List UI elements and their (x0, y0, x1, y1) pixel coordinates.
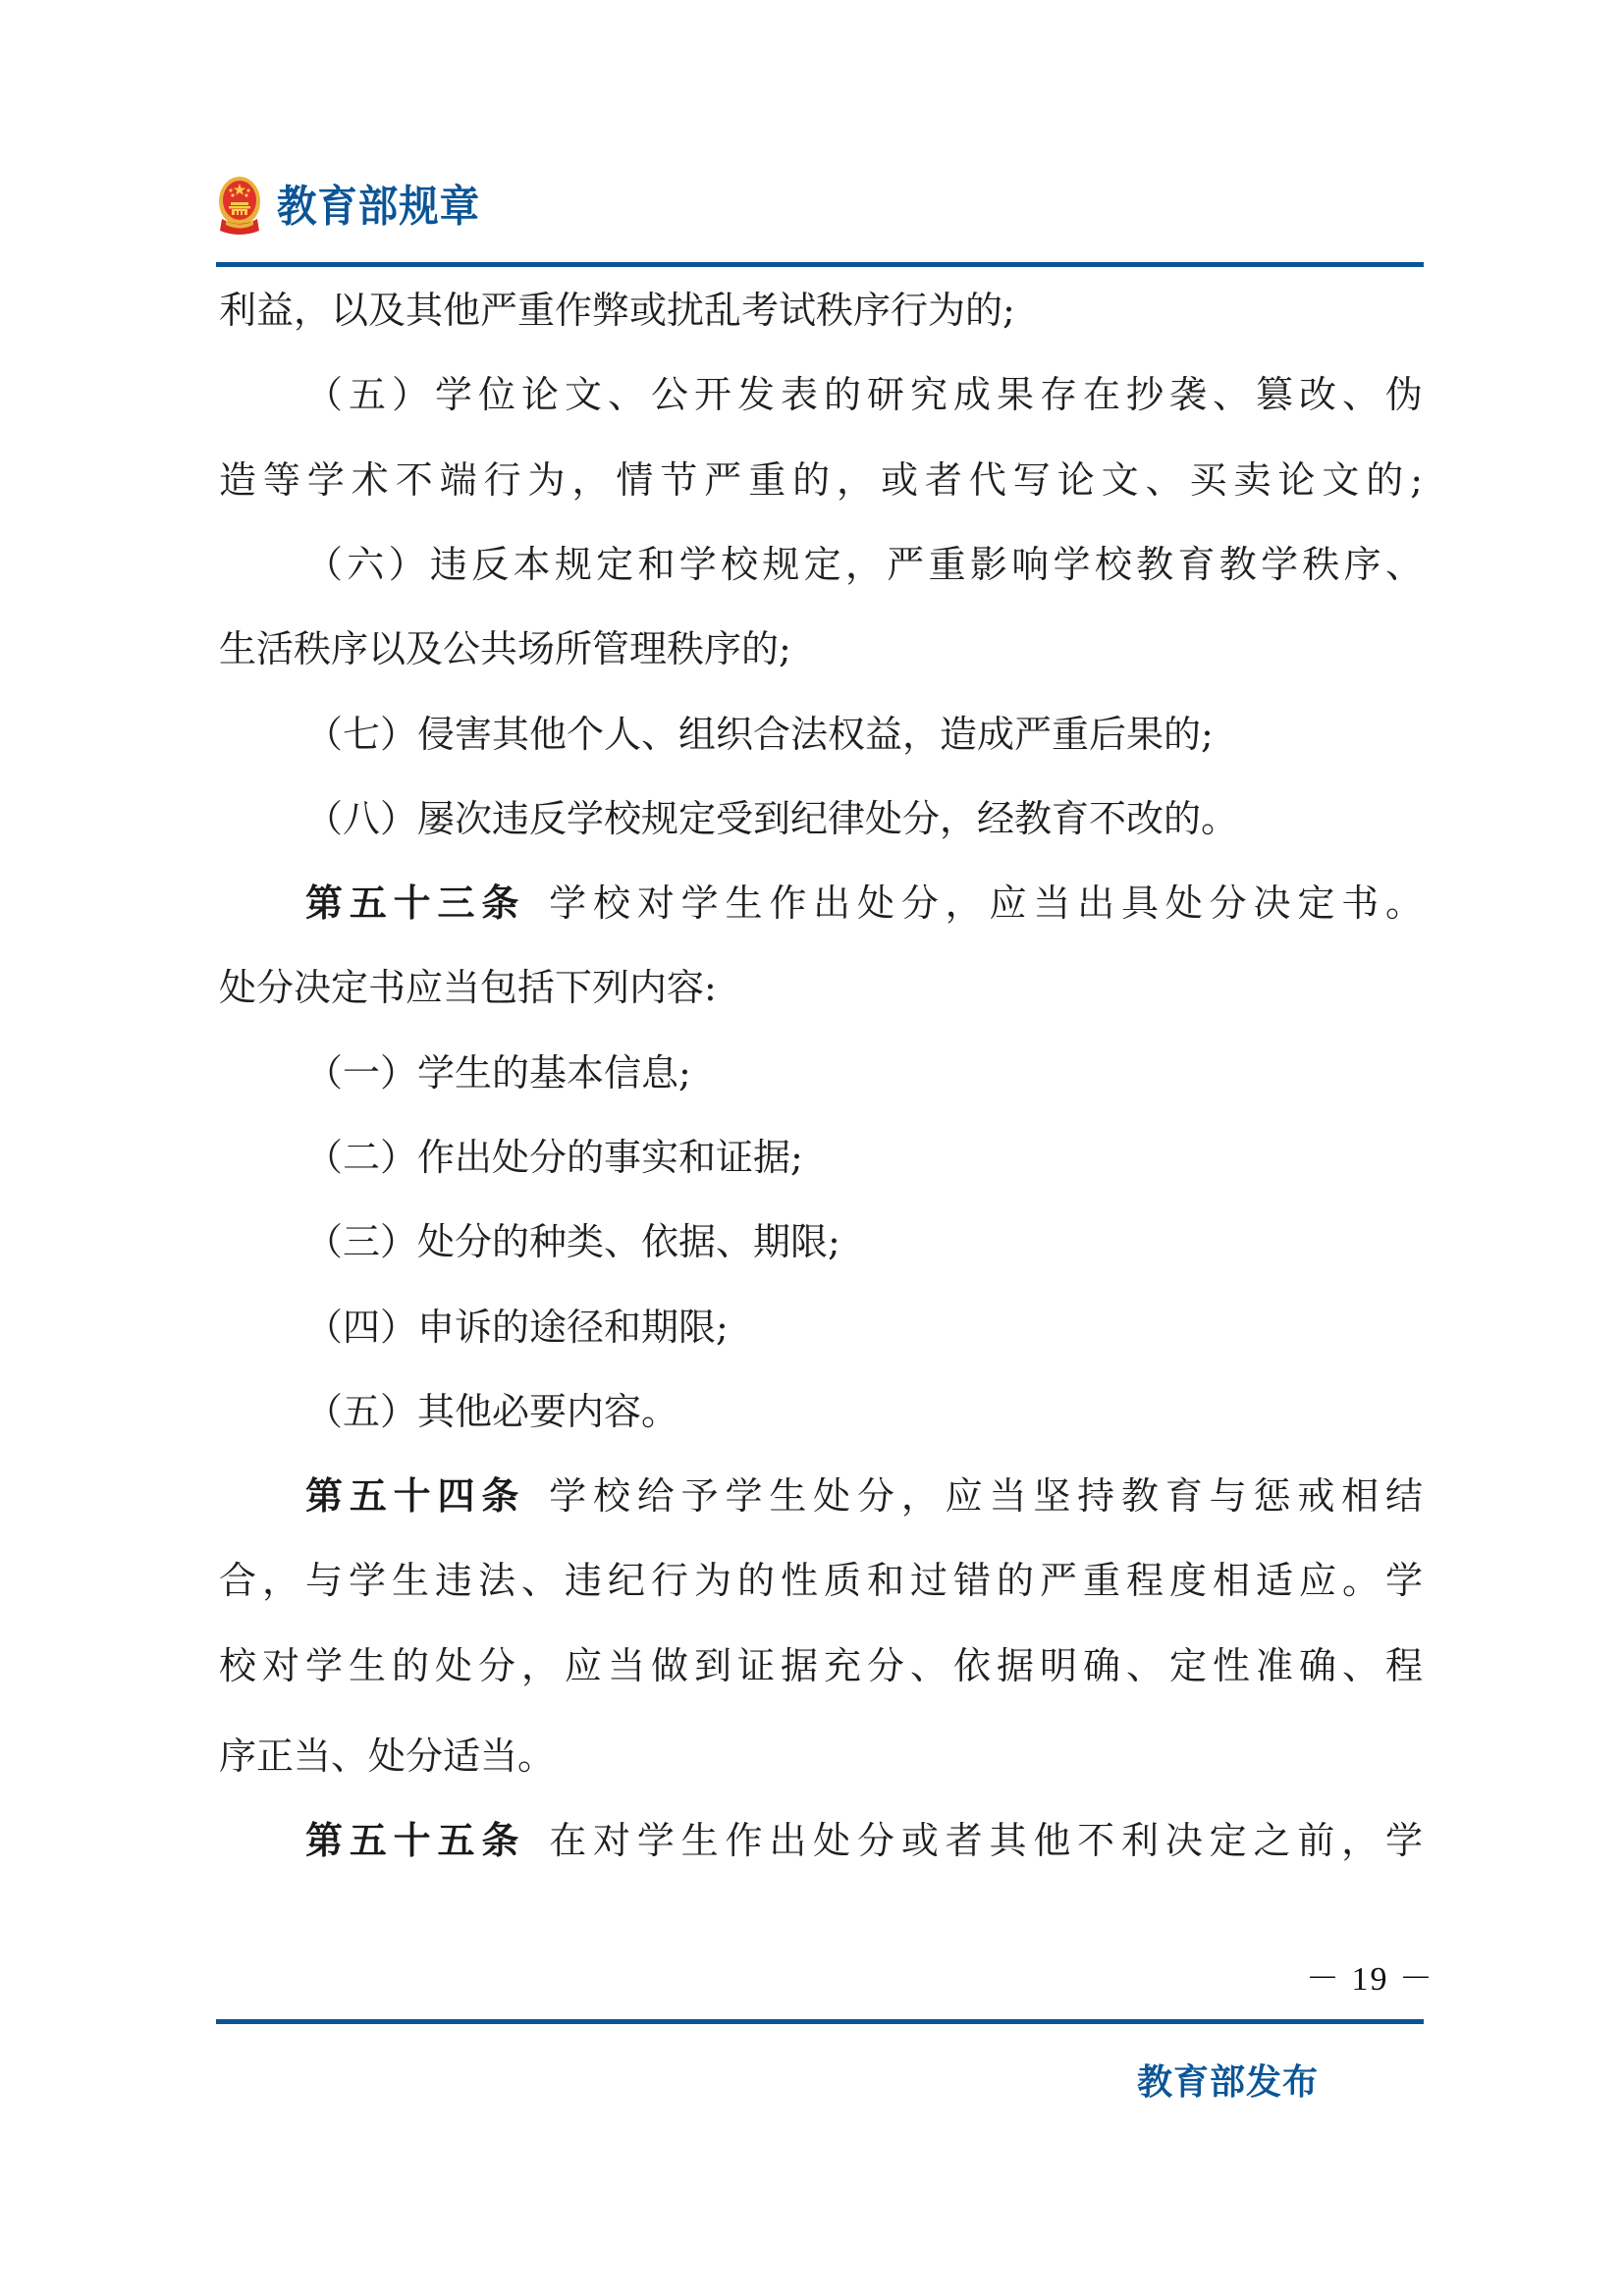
list-item: （四）申诉的途径和期限; (219, 1298, 1423, 1357)
article-text: 在对学生作出处分或者其他不利决定之前，学 (549, 1819, 1423, 1862)
body-line: 处分决定书应当包括下列内容: (219, 958, 1423, 1017)
article-heading: 第五十四条 (305, 1474, 525, 1518)
national-emblem-icon (218, 176, 261, 239)
header-title: 教育部规章 (277, 186, 480, 229)
article-heading: 第五十三条 (305, 881, 525, 925)
footer-divider (216, 2019, 1424, 2024)
header-divider (216, 262, 1424, 267)
body-line: 造等学术不端行为，情节严重的，或者代写论文、买卖论文的; (219, 451, 1423, 509)
list-item: （八）屡次违反学校规定受到纪律处分，经教育不改的。 (219, 789, 1423, 848)
page-header: 教育部规章 (218, 173, 498, 241)
article-heading: 第五十五条 (305, 1819, 525, 1862)
article-55: 第五十五条在对学生作出处分或者其他不利决定之前，学 (219, 1811, 1423, 1870)
body-line: 生活秩序以及公共场所管理秩序的; (219, 619, 1423, 678)
body-line: 利益，以及其他严重作弊或扰乱考试秩序行为的; (219, 281, 1423, 340)
list-item: （一）学生的基本信息; (219, 1043, 1423, 1102)
list-item: （五）其他必要内容。 (219, 1382, 1423, 1441)
list-item: （二）作出处分的事实和证据; (219, 1128, 1423, 1187)
body-line: 序正当、处分适当。 (219, 1727, 1423, 1786)
body-line: 校对学生的处分，应当做到证据充分、依据明确、定性准确、程 (219, 1636, 1423, 1695)
article-54: 第五十四条学校给予学生处分，应当坚持教育与惩戒相结 (219, 1467, 1423, 1525)
list-item: （五）学位论文、公开发表的研究成果存在抄袭、篡改、伪 (219, 365, 1423, 424)
body-line: 合，与学生违法、违纪行为的性质和过错的严重程度相适应。学 (219, 1551, 1423, 1610)
article-53: 第五十三条学校对学生作出处分，应当出具处分决定书。 (219, 874, 1423, 933)
article-text: 学校给予学生处分，应当坚持教育与惩戒相结 (549, 1474, 1423, 1518)
list-item: （七）侵害其他个人、组织合法权益，造成严重后果的; (219, 705, 1423, 764)
article-text: 学校对学生作出处分，应当出具处分决定书。 (549, 881, 1423, 925)
list-item: （六）违反本规定和学校规定，严重影响学校教育教学秩序、 (219, 535, 1423, 594)
document-page: 教育部规章 利益，以及其他严重作弊或扰乱考试秩序行为的; （五）学位论文、公开发… (0, 0, 1624, 2296)
page-number: － 19 － (1306, 1951, 1424, 2000)
list-item: （三）处分的种类、依据、期限; (219, 1212, 1423, 1271)
footer-publisher: 教育部发布 (1137, 2061, 1319, 2104)
